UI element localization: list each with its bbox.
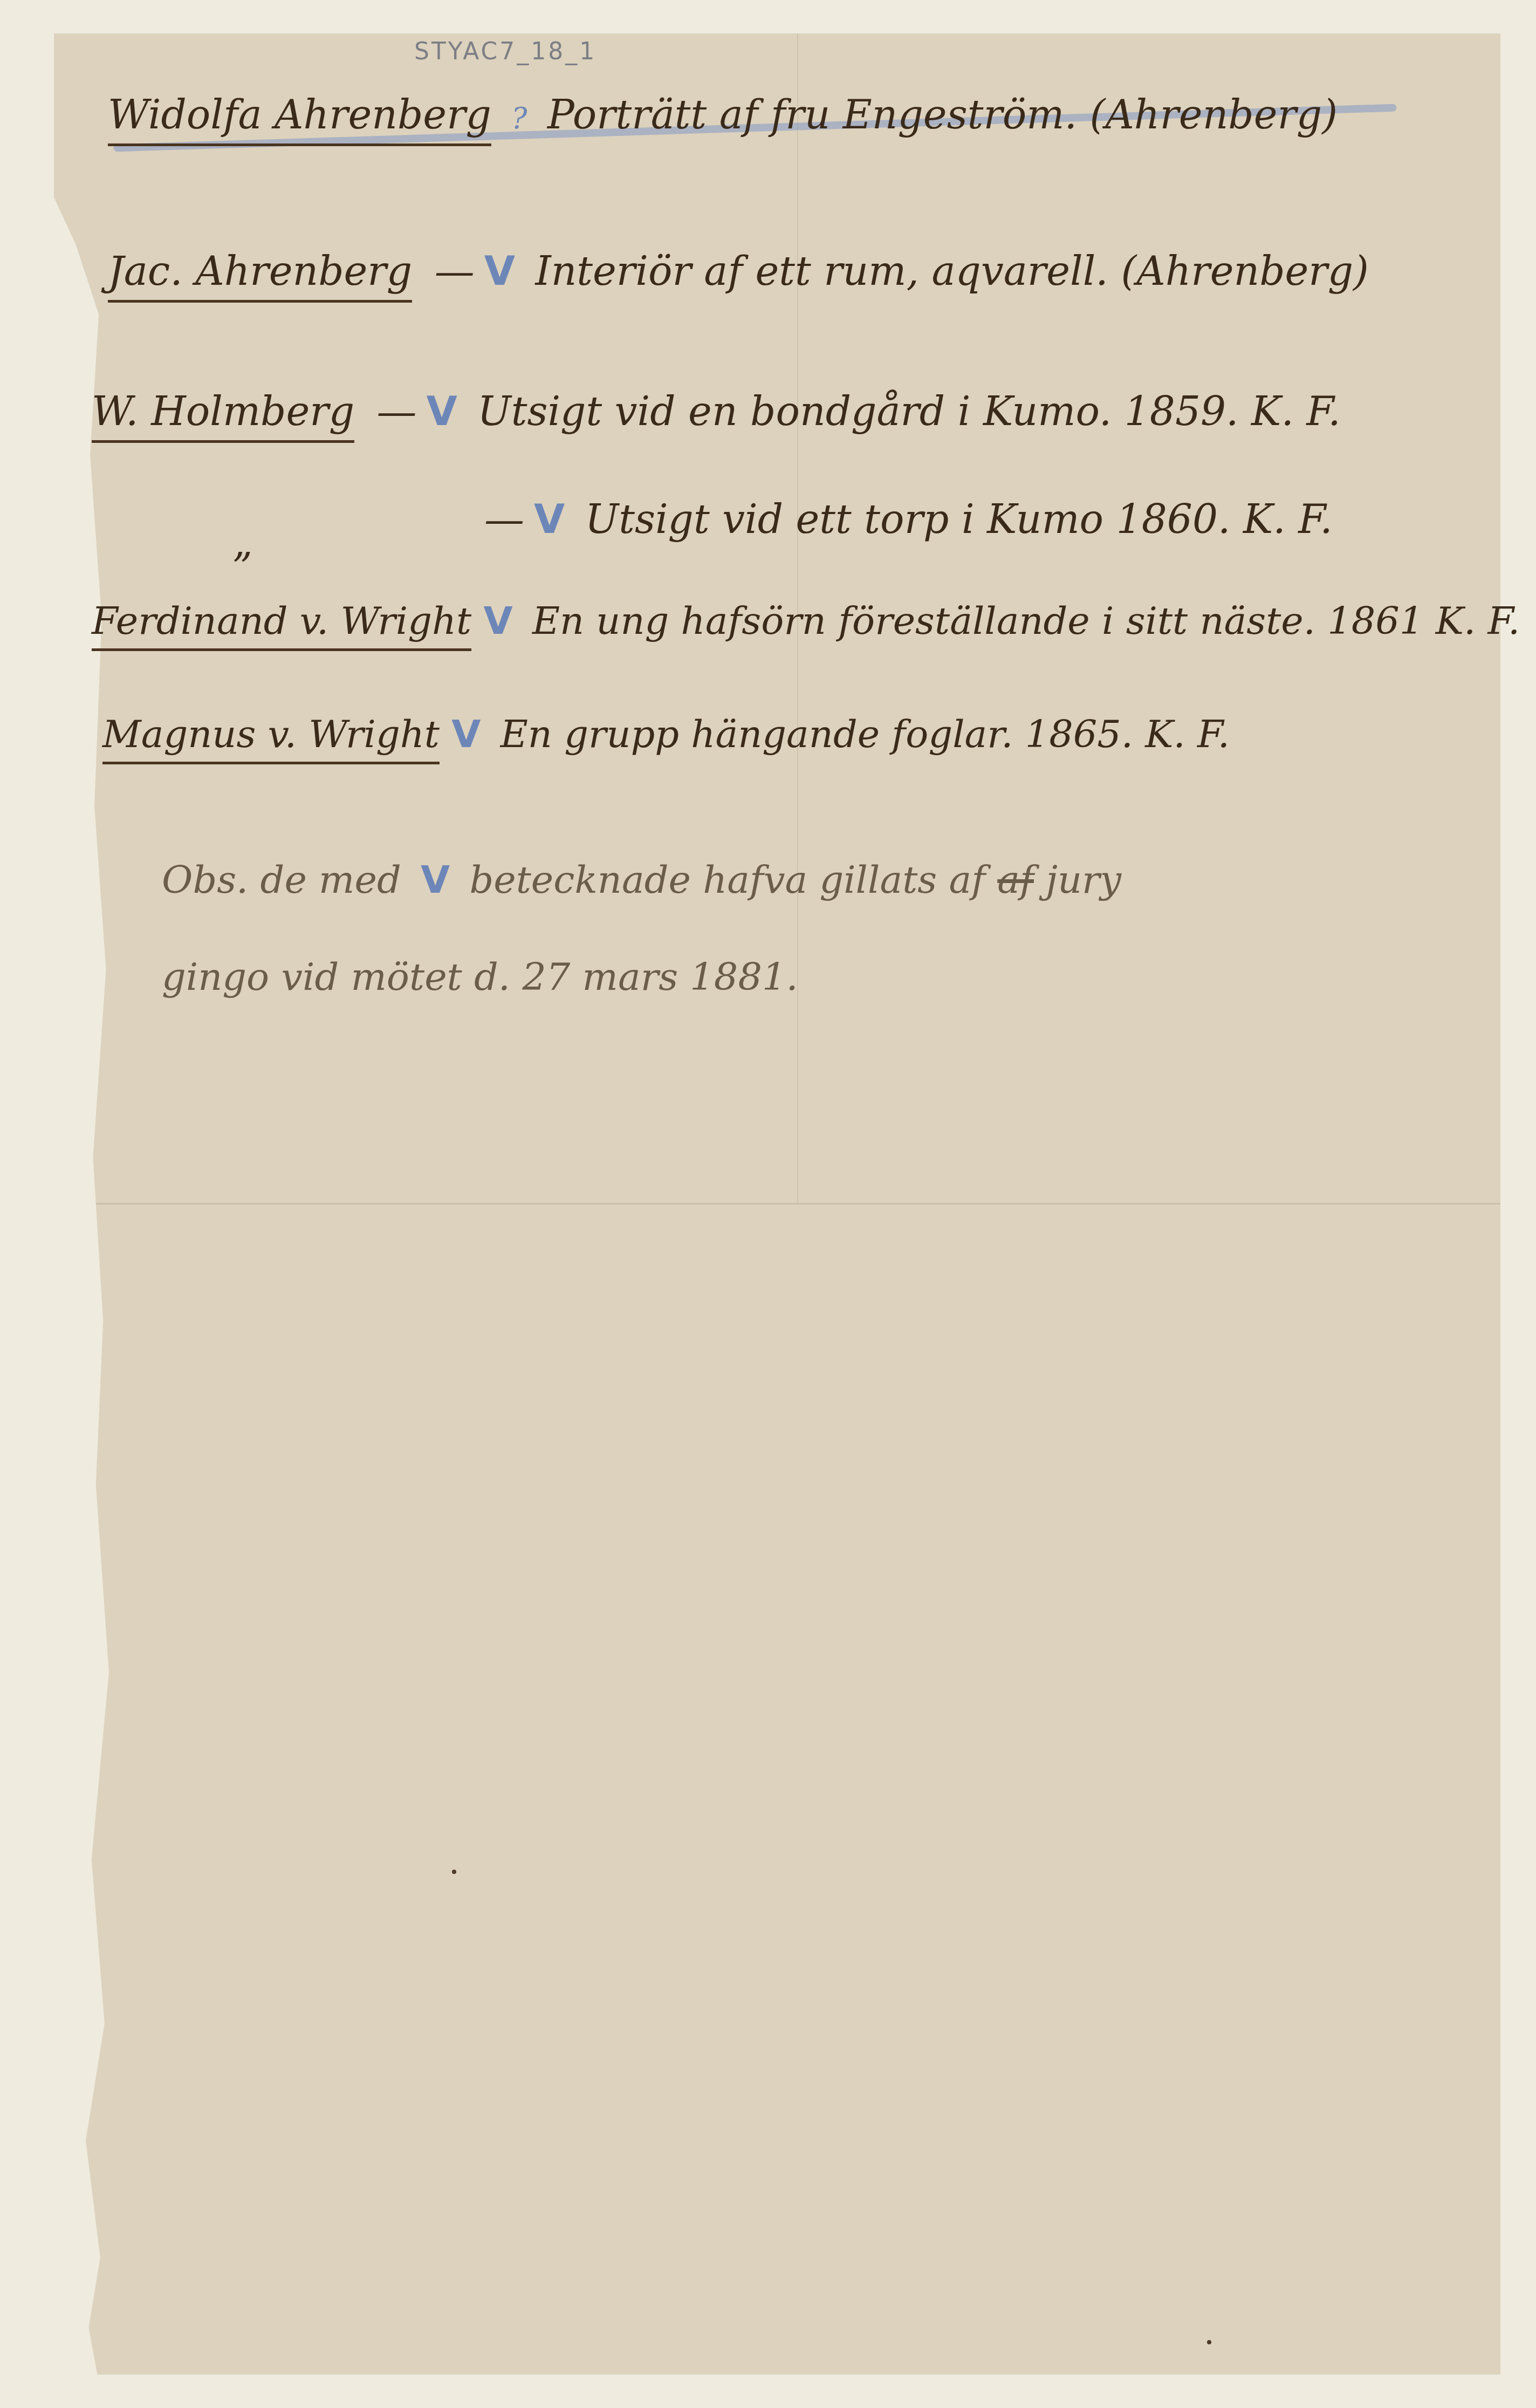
question-mark: ? xyxy=(511,101,527,135)
entry-4: —V Utsigt vid ett torp i Kumo 1860. K. F… xyxy=(475,496,1333,543)
entry-description: Interiör af ett rum, aqvarell. (Ahrenber… xyxy=(535,248,1369,295)
artist-name: W. Holmberg xyxy=(92,388,354,443)
entry-description: Utsigt vid ett torp i Kumo 1860. K. F. xyxy=(585,496,1333,543)
check-mark-icon: V xyxy=(483,599,512,643)
manuscript-sheet xyxy=(54,33,1500,2375)
note-text: Obs. de med xyxy=(162,858,401,902)
entry-description: Utsigt vid en bondgård i Kumo. 1859. K. … xyxy=(477,388,1340,435)
check-mark-icon: V xyxy=(451,712,481,756)
entry-2: Jac. Ahrenberg —V Interiör af ett rum, a… xyxy=(108,248,1369,303)
note-text: jury xyxy=(1046,858,1121,902)
check-mark-icon: V xyxy=(534,496,565,543)
paper-speck xyxy=(1207,2340,1211,2344)
note-line-2: gingo vid mötet d. 27 mars 1881. xyxy=(162,955,798,999)
ditto-mark: ” xyxy=(232,545,252,591)
paper-speck xyxy=(452,1870,456,1874)
entry-description: Porträtt af fru Engeström. (Ahrenberg) xyxy=(547,92,1338,138)
artist-name: Ferdinand v. Wright xyxy=(92,599,471,651)
horizontal-fold-line xyxy=(54,1203,1500,1205)
struck-word: af xyxy=(997,858,1034,902)
check-mark-icon: V xyxy=(421,858,450,902)
entry-3: W. Holmberg —V Utsigt vid en bondgård i … xyxy=(92,388,1341,443)
entry-6: Magnus v. Wright V En grupp hängande fog… xyxy=(102,712,1230,764)
artist-name: Magnus v. Wright xyxy=(102,712,440,764)
entry-description: En ung hafsörn föreställande i sitt näst… xyxy=(532,599,1520,643)
entry-1: Widolfa Ahrenberg ? Porträtt af fru Enge… xyxy=(108,92,1338,146)
check-mark-icon: V xyxy=(427,388,457,435)
check-mark-icon: V xyxy=(484,248,515,295)
note-line-1: Obs. de med V betecknade hafva gillats a… xyxy=(162,858,1121,902)
archive-id: STYAC7_18_1 xyxy=(414,38,596,65)
entry-5: Ferdinand v. Wright V En ung hafsörn för… xyxy=(92,599,1520,651)
note-text: betecknade hafva gillats af xyxy=(469,858,985,902)
artist-name: Widolfa Ahrenberg xyxy=(108,92,491,146)
artist-name: Jac. Ahrenberg xyxy=(108,248,412,303)
entry-description: En grupp hängande foglar. 1865. K. F. xyxy=(500,712,1230,756)
